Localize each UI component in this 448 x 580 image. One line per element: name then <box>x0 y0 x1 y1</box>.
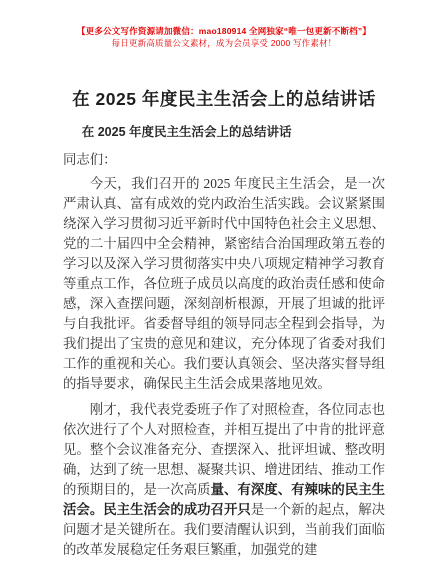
document-title: 在 2025 年度民主生活会上的总结讲话 <box>30 87 418 111</box>
header-ad: 【更多公文写作资源请加微信：mao180914 全网独家“唯一包更新不断档”】 … <box>0 0 448 49</box>
ad-line-1: 【更多公文写作资源请加微信：mao180914 全网独家“唯一包更新不断档”】 <box>0 25 448 37</box>
document-page: 【更多公文写作资源请加微信：mao180914 全网独家“唯一包更新不断档”】 … <box>0 0 448 580</box>
paragraph-1: 今天，我们召开的 2025 年度民主生活会，是一次严肃认真、富有成效的党内政治生… <box>63 174 385 394</box>
paragraph-2: 刚才，我代表党委班子作了对照检查，各位同志也依次进行了个人对照检查，并相互提出了… <box>63 400 385 560</box>
ad-line-2: 每日更新高质量公文素材，成为会员享受 2000 写作素材！ <box>0 37 448 49</box>
page-footer: 1 <box>0 548 448 558</box>
document-subtitle: 在 2025 年度民主生活会上的总结讲话 <box>63 124 385 141</box>
page-number: 1 <box>222 548 227 558</box>
salutation: 同志们： <box>63 150 385 170</box>
